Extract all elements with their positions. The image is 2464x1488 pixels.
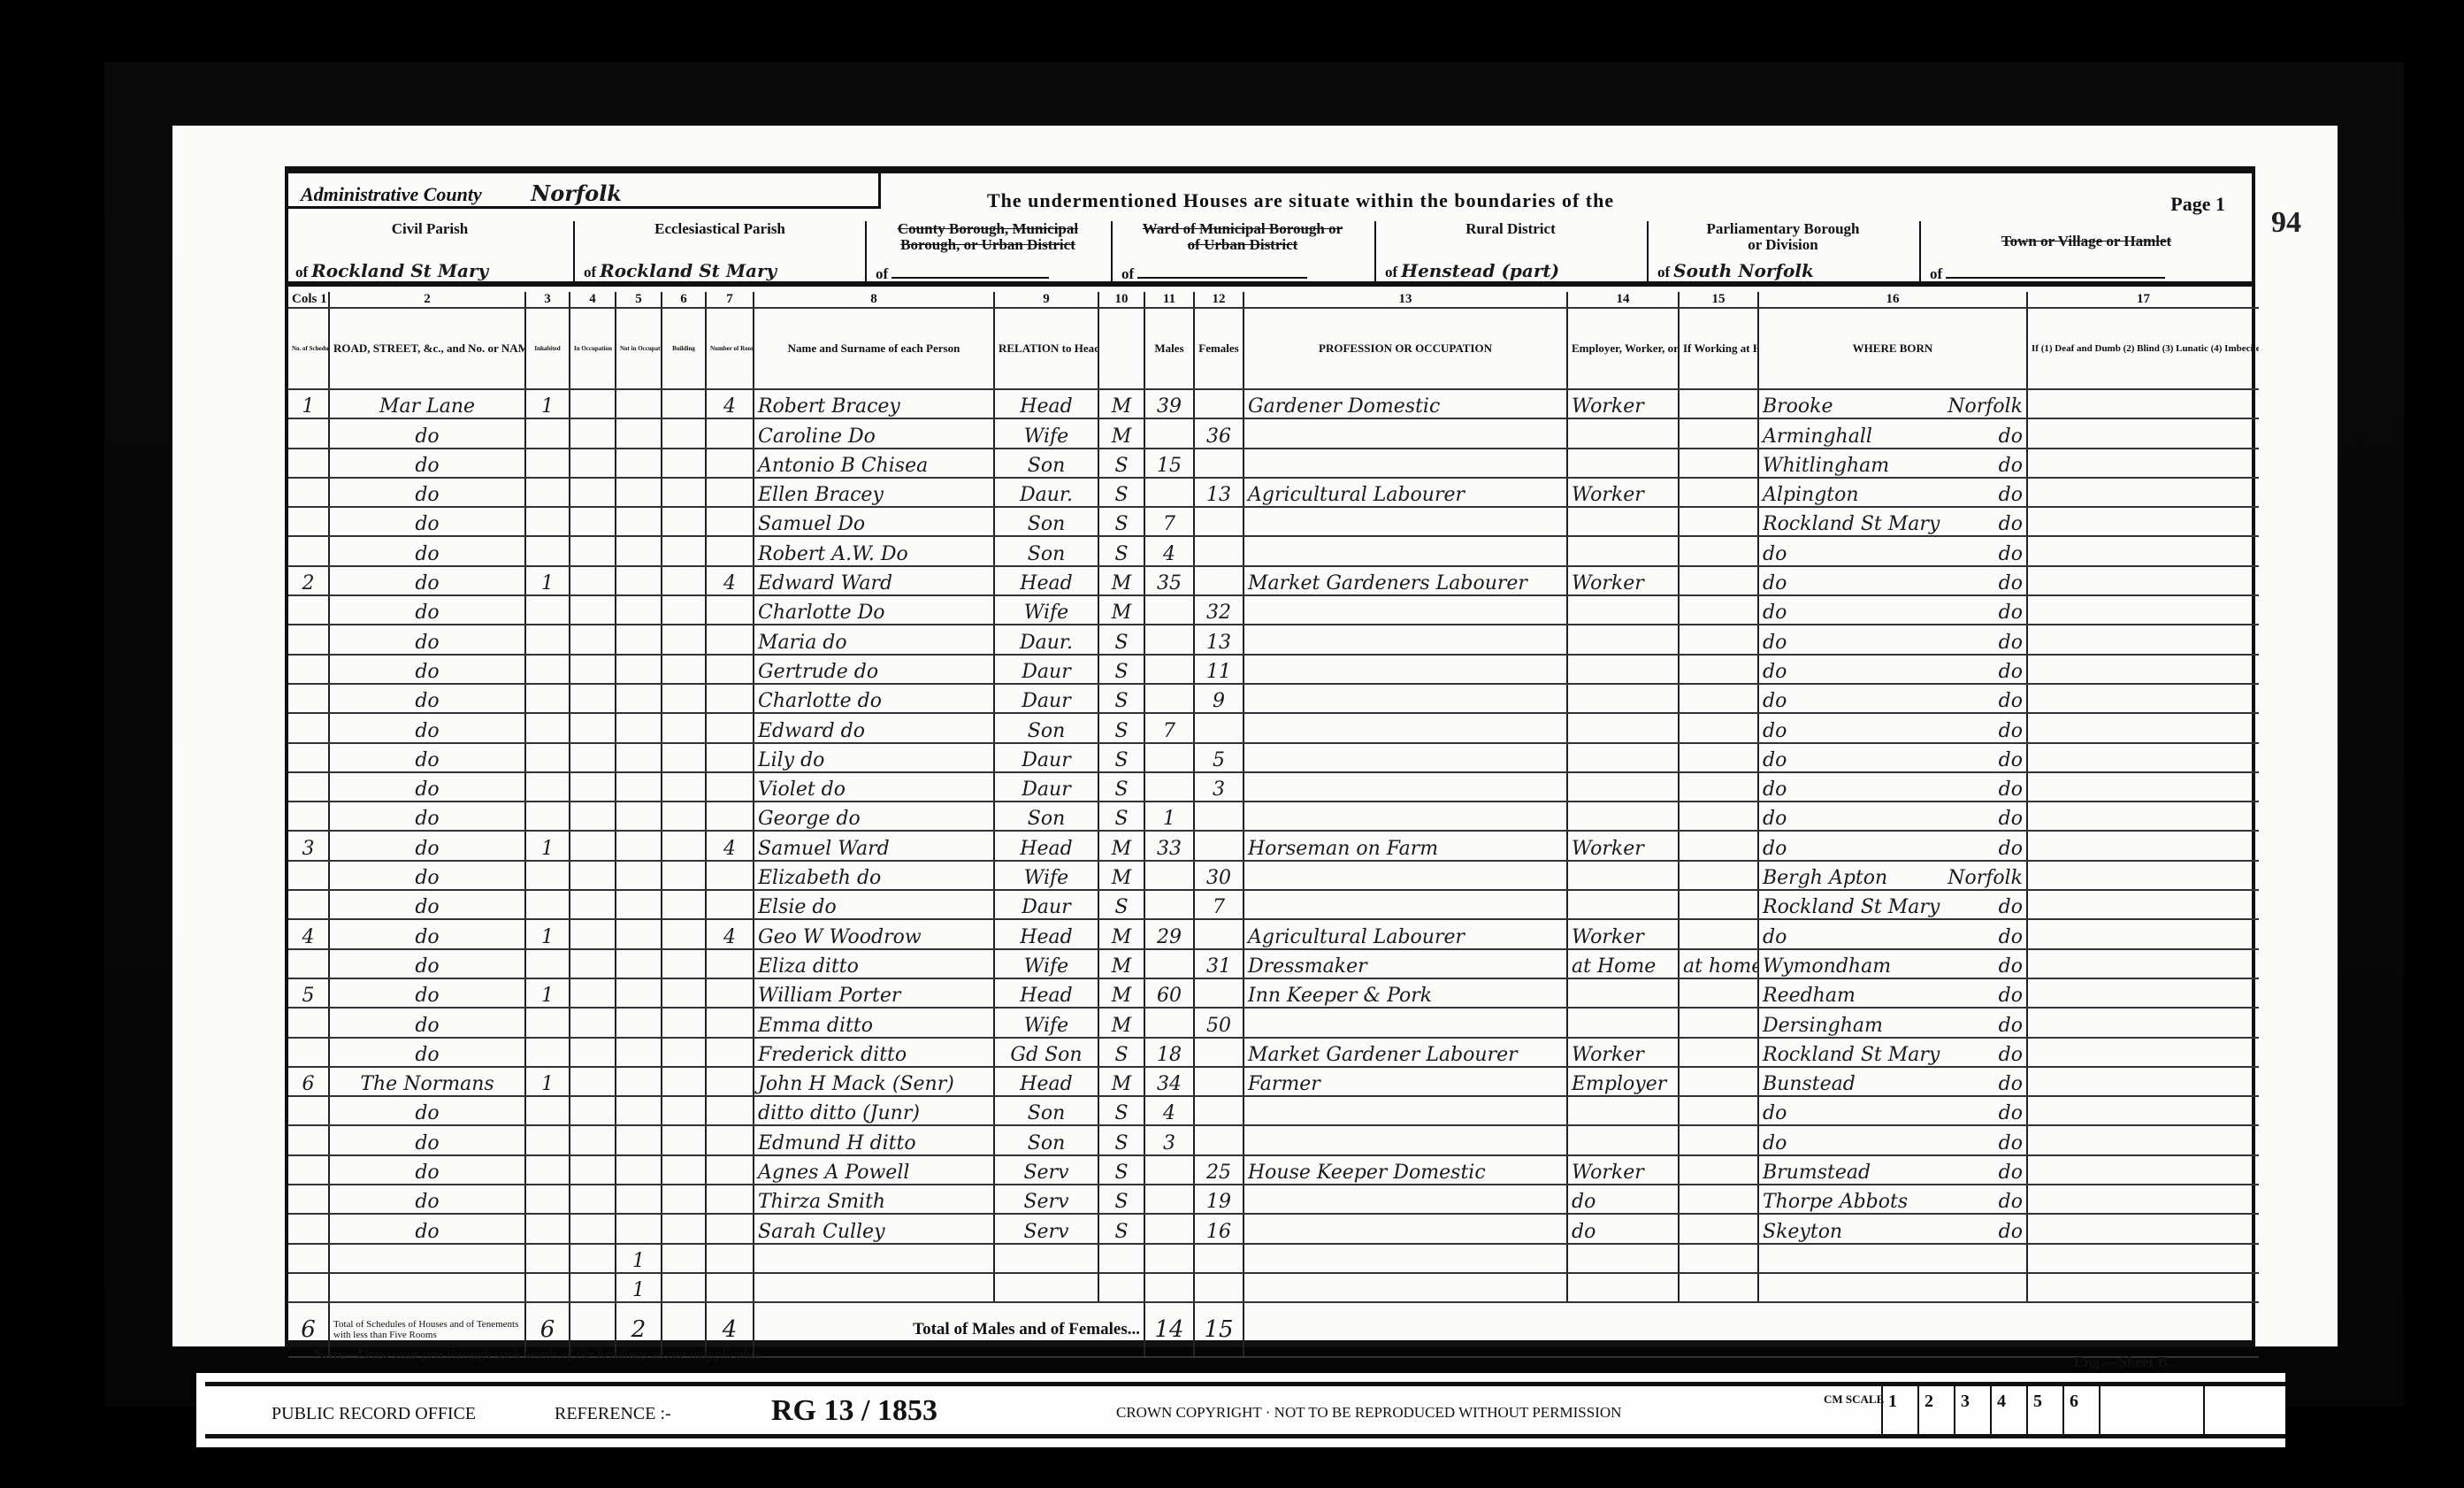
building: [662, 1008, 706, 1037]
building: [662, 861, 706, 890]
inhabited: [525, 949, 570, 978]
administrative-county-value: Norfolk: [495, 180, 761, 208]
age-male: [1144, 625, 1194, 654]
working-at-home: [1679, 389, 1758, 418]
uninhabited-not-in-occupation: [616, 418, 662, 448]
age-female: [1194, 1038, 1243, 1067]
marital-condition: S: [1098, 1185, 1144, 1214]
relation: Wife: [994, 861, 1098, 890]
occupation: Inn Keeper & Pork: [1243, 978, 1567, 1008]
census-row: doSamuel DoSonS7Rockland St Marydo: [288, 507, 2259, 536]
uninhabited-not-in-occupation: [616, 1125, 662, 1154]
where-born: dodo: [1758, 1096, 2027, 1125]
schedule-no: [288, 625, 329, 654]
where-born: Wymondhamdo: [1758, 949, 2027, 978]
person-name: Robert A.W. Do: [754, 536, 994, 565]
age-male: [1144, 1214, 1194, 1243]
marital-condition: M: [1098, 418, 1144, 448]
schedule-no: [288, 713, 329, 742]
person-name: William Porter: [754, 978, 994, 1008]
page-label: Page 1: [2170, 193, 2225, 216]
marital-condition: M: [1098, 1008, 1144, 1037]
schedule-no: [288, 478, 329, 507]
infirmity: [2027, 831, 2259, 860]
area-ecclesiastical-parish: Ecclesiastical Parish ofRockland St Mary: [577, 216, 863, 287]
uninhabited-not-in-occupation: [616, 478, 662, 507]
infirmity: [2027, 536, 2259, 565]
person-name: George do: [754, 802, 994, 831]
inhabited: 1: [525, 389, 570, 418]
rooms-count: [706, 890, 754, 919]
where-born: Rockland St Marydo: [1758, 890, 2027, 919]
where-born: dodo: [1758, 625, 2027, 654]
occupation: [1243, 536, 1567, 565]
header-in-occupation: In Occupation: [570, 308, 616, 389]
inhabited: [525, 1244, 570, 1273]
where-born: Bergh AptonNorfolk: [1758, 861, 2027, 890]
age-female: [1194, 831, 1243, 860]
age-male: 35: [1144, 566, 1194, 595]
where-born: Dersinghamdo: [1758, 1008, 2027, 1037]
person-name: [754, 1273, 994, 1302]
schedule-no: [288, 1038, 329, 1067]
schedule-no: [288, 507, 329, 536]
infirmity: [2027, 978, 2259, 1008]
cm-scale-mark: 4: [1990, 1386, 2026, 1434]
header-at-home: If Working at Home: [1679, 308, 1758, 389]
road-name: do: [329, 684, 525, 713]
where-born: dodo: [1758, 831, 2027, 860]
uninhabited-not-in-occupation: [616, 1096, 662, 1125]
relation: Head: [994, 831, 1098, 860]
road-name: do: [329, 743, 525, 772]
road-name: Mar Lane: [329, 389, 525, 418]
relation: [994, 1273, 1098, 1302]
infirmity: [2027, 655, 2259, 684]
census-row: doLily doDaurS5dodo: [288, 743, 2259, 772]
employment-status: [1567, 861, 1679, 890]
employment-status: Worker: [1567, 389, 1679, 418]
census-row: doGeorge doSonS1dodo: [288, 802, 2259, 831]
uninhabited-not-in-occupation: [616, 1067, 662, 1096]
rooms-count: [706, 625, 754, 654]
where-born: dodo: [1758, 536, 2027, 565]
working-at-home: [1679, 1125, 1758, 1154]
marital-condition: M: [1098, 861, 1144, 890]
census-row: 1: [288, 1244, 2259, 1273]
building: [662, 1155, 706, 1185]
uninhabited-not-in-occupation: [616, 978, 662, 1008]
age-male: 18: [1144, 1038, 1194, 1067]
age-male: [1144, 890, 1194, 919]
age-female: 7: [1194, 890, 1243, 919]
ecclesiastical-parish-value: Rockland St Mary: [600, 260, 791, 283]
census-row: 1: [288, 1273, 2259, 1302]
census-row: doThirza SmithServS19doThorpe Abbotsdo: [288, 1185, 2259, 1214]
age-female: 32: [1194, 595, 1243, 625]
marital-condition: S: [1098, 802, 1144, 831]
civil-parish-value: Rockland St Mary: [311, 260, 500, 283]
rooms-count: [706, 507, 754, 536]
age-male: [1144, 1244, 1194, 1273]
marital-condition: S: [1098, 625, 1144, 654]
working-at-home: [1679, 1214, 1758, 1243]
census-row: 6The Normans1John H Mack (Senr)HeadM34Fa…: [288, 1067, 2259, 1096]
building: [662, 1038, 706, 1067]
uninhabited-not-in-occupation: [616, 1038, 662, 1067]
age-female: 13: [1194, 625, 1243, 654]
header-road: ROAD, STREET, &c., and No. or NAME of HO…: [329, 308, 525, 389]
employment-status: [1567, 595, 1679, 625]
occupation: Market Gardeners Labourer: [1243, 566, 1567, 595]
age-male: [1144, 861, 1194, 890]
working-at-home: [1679, 861, 1758, 890]
working-at-home: [1679, 1244, 1758, 1273]
inhabited: [525, 1185, 570, 1214]
person-name: Edmund H ditto: [754, 1125, 994, 1154]
uninhabited-in-occupation: [570, 595, 616, 625]
relation: Gd Son: [994, 1038, 1098, 1067]
relation: Serv: [994, 1185, 1098, 1214]
census-row: doRobert A.W. DoSonS4dodo: [288, 536, 2259, 565]
inhabited: [525, 655, 570, 684]
schedule-no: 6: [288, 1067, 329, 1096]
building: [662, 389, 706, 418]
relation: Son: [994, 1125, 1098, 1154]
occupation: [1243, 861, 1567, 890]
parliamentary-value: South Norfolk: [1673, 260, 1849, 283]
road-name: The Normans: [329, 1067, 525, 1096]
where-born: Thorpe Abbotsdo: [1758, 1185, 2027, 1214]
rooms-count: [706, 1273, 754, 1302]
road-name: do: [329, 890, 525, 919]
person-name: Elsie do: [754, 890, 994, 919]
census-row: 2do14Edward WardHeadM35Market Gardeners …: [288, 566, 2259, 595]
column-headers-row: No. of Schedule ROAD, STREET, &c., and N…: [288, 308, 2259, 389]
working-at-home: [1679, 772, 1758, 802]
building: [662, 802, 706, 831]
employment-status: [1567, 418, 1679, 448]
where-born: BrookeNorfolk: [1758, 389, 2027, 418]
occupation: [1243, 595, 1567, 625]
inhabited: [525, 713, 570, 742]
employment-status: [1567, 713, 1679, 742]
road-name: [329, 1273, 525, 1302]
marital-condition: S: [1098, 478, 1144, 507]
total-males: 14: [1144, 1302, 1194, 1357]
uninhabited-not-in-occupation: [616, 802, 662, 831]
age-male: [1144, 418, 1194, 448]
inhabited: 1: [525, 1067, 570, 1096]
census-row: doditto ditto (Junr)SonS4dodo: [288, 1096, 2259, 1125]
building: [662, 1244, 706, 1273]
age-male: 4: [1144, 1096, 1194, 1125]
relation: Daur: [994, 684, 1098, 713]
cm-scale-mark: 3: [1954, 1386, 1990, 1434]
relation: Son: [994, 1096, 1098, 1125]
rooms-count: [706, 536, 754, 565]
road-name: do: [329, 1155, 525, 1185]
where-born: Bunsteaddo: [1758, 1067, 2027, 1096]
uninhabited-not-in-occupation: 1: [616, 1273, 662, 1302]
working-at-home: [1679, 1185, 1758, 1214]
building: [662, 1214, 706, 1243]
relation: Serv: [994, 1155, 1098, 1185]
occupation: [1243, 625, 1567, 654]
inhabited: [525, 1155, 570, 1185]
age-male: 7: [1144, 507, 1194, 536]
infirmity: [2027, 713, 2259, 742]
uninhabited-in-occupation: [570, 655, 616, 684]
employment-status: [1567, 684, 1679, 713]
road-name: do: [329, 478, 525, 507]
where-born: dodo: [1758, 684, 2027, 713]
uninhabited-not-in-occupation: [616, 595, 662, 625]
employment-status: [1567, 1008, 1679, 1037]
where-born: Whitlinghamdo: [1758, 449, 2027, 478]
age-male: [1144, 1273, 1194, 1302]
marital-condition: M: [1098, 831, 1144, 860]
where-born: Alpingtondo: [1758, 478, 2027, 507]
road-name: do: [329, 713, 525, 742]
building: [662, 919, 706, 948]
where-born: dodo: [1758, 1125, 2027, 1154]
person-name: Agnes A Powell: [754, 1155, 994, 1185]
inhabited: [525, 802, 570, 831]
working-at-home: [1679, 418, 1758, 448]
road-name: do: [329, 566, 525, 595]
census-row: doCharlotte DoWifeM32dodo: [288, 595, 2259, 625]
employment-status: Employer: [1567, 1067, 1679, 1096]
age-male: [1144, 595, 1194, 625]
marital-condition: S: [1098, 655, 1144, 684]
age-male: 60: [1144, 978, 1194, 1008]
rooms-count: [706, 1155, 754, 1185]
uninhabited-in-occupation: [570, 949, 616, 978]
working-at-home: [1679, 625, 1758, 654]
marital-condition: S: [1098, 449, 1144, 478]
where-born: Rockland St Marydo: [1758, 1038, 2027, 1067]
uninhabited-in-occupation: [570, 1185, 616, 1214]
road-name: do: [329, 919, 525, 948]
age-female: [1194, 1067, 1243, 1096]
administrative-county: Administrative County Norfolk: [301, 180, 761, 208]
schedule-no: 1: [288, 389, 329, 418]
uninhabited-in-occupation: [570, 919, 616, 948]
area-parliamentary: Parliamentary Borough or Division ofSout…: [1650, 216, 1916, 287]
marital-condition: M: [1098, 919, 1144, 948]
age-male: [1144, 743, 1194, 772]
schedule-no: [288, 861, 329, 890]
uninhabited-in-occupation: [570, 1214, 616, 1243]
uninhabited-not-in-occupation: [616, 831, 662, 860]
employment-status: at Home: [1567, 949, 1679, 978]
rooms-count: [706, 802, 754, 831]
copyright-notice: CROWN COPYRIGHT · NOT TO BE REPRODUCED W…: [1116, 1404, 1621, 1422]
relation: Head: [994, 919, 1098, 948]
relation: Son: [994, 713, 1098, 742]
age-male: 1: [1144, 802, 1194, 831]
person-name: Violet do: [754, 772, 994, 802]
employment-status: [1567, 507, 1679, 536]
rooms-count: 4: [706, 566, 754, 595]
inhabited: [525, 595, 570, 625]
occupation: [1243, 802, 1567, 831]
person-name: Charlotte Do: [754, 595, 994, 625]
person-name: [754, 1244, 994, 1273]
person-name: Geo W Woodrow: [754, 919, 994, 948]
column-numbers-row: Cols 1234567891011121314151617: [288, 292, 2259, 308]
working-at-home: [1679, 890, 1758, 919]
uninhabited-not-in-occupation: [616, 389, 662, 418]
header-schedule-no: No. of Schedule: [288, 308, 329, 389]
occupation: [1243, 655, 1567, 684]
rooms-count: [706, 1244, 754, 1273]
uninhabited-in-occupation: [570, 802, 616, 831]
marital-condition: M: [1098, 595, 1144, 625]
infirmity: [2027, 1008, 2259, 1037]
inhabited: [525, 890, 570, 919]
working-at-home: [1679, 713, 1758, 742]
age-female: 13: [1194, 478, 1243, 507]
building: [662, 1185, 706, 1214]
header-inhabited: Inhabited: [525, 308, 570, 389]
uninhabited-not-in-occupation: [616, 684, 662, 713]
infirmity: [2027, 1067, 2259, 1096]
occupation: [1243, 743, 1567, 772]
uninhabited-in-occupation: [570, 861, 616, 890]
person-name: Robert Bracey: [754, 389, 994, 418]
uninhabited-in-occupation: [570, 1244, 616, 1273]
relation: Son: [994, 507, 1098, 536]
schedule-no: [288, 1125, 329, 1154]
where-born: Rockland St Marydo: [1758, 507, 2027, 536]
infirmity: [2027, 684, 2259, 713]
occupation: [1243, 1244, 1567, 1273]
road-name: do: [329, 1008, 525, 1037]
employment-status: Worker: [1567, 1038, 1679, 1067]
building: [662, 684, 706, 713]
building: [662, 507, 706, 536]
age-female: [1194, 1125, 1243, 1154]
rooms-count: [706, 418, 754, 448]
infirmity: [2027, 1155, 2259, 1185]
infirmity: [2027, 1185, 2259, 1214]
census-row: doCaroline DoWifeM36Arminghalldo: [288, 418, 2259, 448]
building: [662, 743, 706, 772]
inhabited: [525, 507, 570, 536]
employment-status: [1567, 655, 1679, 684]
marital-condition: M: [1098, 389, 1144, 418]
age-male: [1144, 478, 1194, 507]
rooms-count: [706, 1096, 754, 1125]
age-female: [1194, 507, 1243, 536]
building: [662, 978, 706, 1008]
age-female: 19: [1194, 1185, 1243, 1214]
road-name: do: [329, 1214, 525, 1243]
employment-status: Worker: [1567, 478, 1679, 507]
occupation: Horseman on Farm: [1243, 831, 1567, 860]
working-at-home: [1679, 831, 1758, 860]
marital-condition: S: [1098, 684, 1144, 713]
schedule-no: [288, 1155, 329, 1185]
occupation: Market Gardener Labourer: [1243, 1038, 1567, 1067]
person-name: Samuel Do: [754, 507, 994, 536]
road-name: do: [329, 507, 525, 536]
cm-scale-mark: 6: [2062, 1386, 2099, 1434]
age-male: [1144, 655, 1194, 684]
where-born: dodo: [1758, 713, 2027, 742]
road-name: [329, 1244, 525, 1273]
uninhabited-in-occupation: [570, 890, 616, 919]
uninhabited-not-in-occupation: [616, 1155, 662, 1185]
employment-status: Worker: [1567, 566, 1679, 595]
uninhabited-in-occupation: [570, 449, 616, 478]
age-male: [1144, 772, 1194, 802]
age-female: [1194, 802, 1243, 831]
employment-status: [1567, 625, 1679, 654]
relation: Head: [994, 978, 1098, 1008]
marital-condition: S: [1098, 1038, 1144, 1067]
building: [662, 449, 706, 478]
employment-status: [1567, 536, 1679, 565]
building: [662, 1125, 706, 1154]
age-male: 7: [1144, 713, 1194, 742]
rooms-count: [706, 1008, 754, 1037]
road-name: do: [329, 831, 525, 860]
occupation: Agricultural Labourer: [1243, 919, 1567, 948]
inhabited: [525, 449, 570, 478]
rooms-count: [706, 1067, 754, 1096]
cm-scale-mark: 2: [1917, 1386, 1954, 1434]
employment-status: [1567, 890, 1679, 919]
header-age-males: Males: [1144, 308, 1194, 389]
person-name: Edward do: [754, 713, 994, 742]
employment-status: [1567, 978, 1679, 1008]
header-age-females: Females: [1194, 308, 1243, 389]
occupation: Agricultural Labourer: [1243, 478, 1567, 507]
cm-scale-mark: 5: [2026, 1386, 2062, 1434]
where-born: dodo: [1758, 595, 2027, 625]
schedule-no: [288, 743, 329, 772]
header-rooms: Number of Rooms occupied if less than fi…: [706, 308, 754, 389]
census-row: doSarah CulleyServS16doSkeytondo: [288, 1214, 2259, 1243]
occupation: [1243, 772, 1567, 802]
marital-condition: S: [1098, 772, 1144, 802]
relation: Wife: [994, 949, 1098, 978]
infirmity: [2027, 595, 2259, 625]
infirmity: [2027, 861, 2259, 890]
age-male: 3: [1144, 1125, 1194, 1154]
building: [662, 595, 706, 625]
building: [662, 625, 706, 654]
public-record-office: PUBLIC RECORD OFFICE: [272, 1404, 476, 1424]
age-male: 15: [1144, 449, 1194, 478]
area-boundaries: Civil Parish ofRockland St Mary Ecclesia…: [288, 216, 2252, 287]
where-born: [1758, 1244, 2027, 1273]
road-name: do: [329, 1185, 525, 1214]
infirmity: [2027, 566, 2259, 595]
schedule-no: [288, 949, 329, 978]
rooms-count: [706, 1185, 754, 1214]
area-rural-district: Rural District ofHenstead (part): [1378, 216, 1643, 287]
rooms-count: [706, 713, 754, 742]
marital-condition: [1098, 1273, 1144, 1302]
working-at-home: [1679, 743, 1758, 772]
uninhabited-not-in-occupation: [616, 1185, 662, 1214]
schedule-no: 2: [288, 566, 329, 595]
schedule-no: [288, 595, 329, 625]
